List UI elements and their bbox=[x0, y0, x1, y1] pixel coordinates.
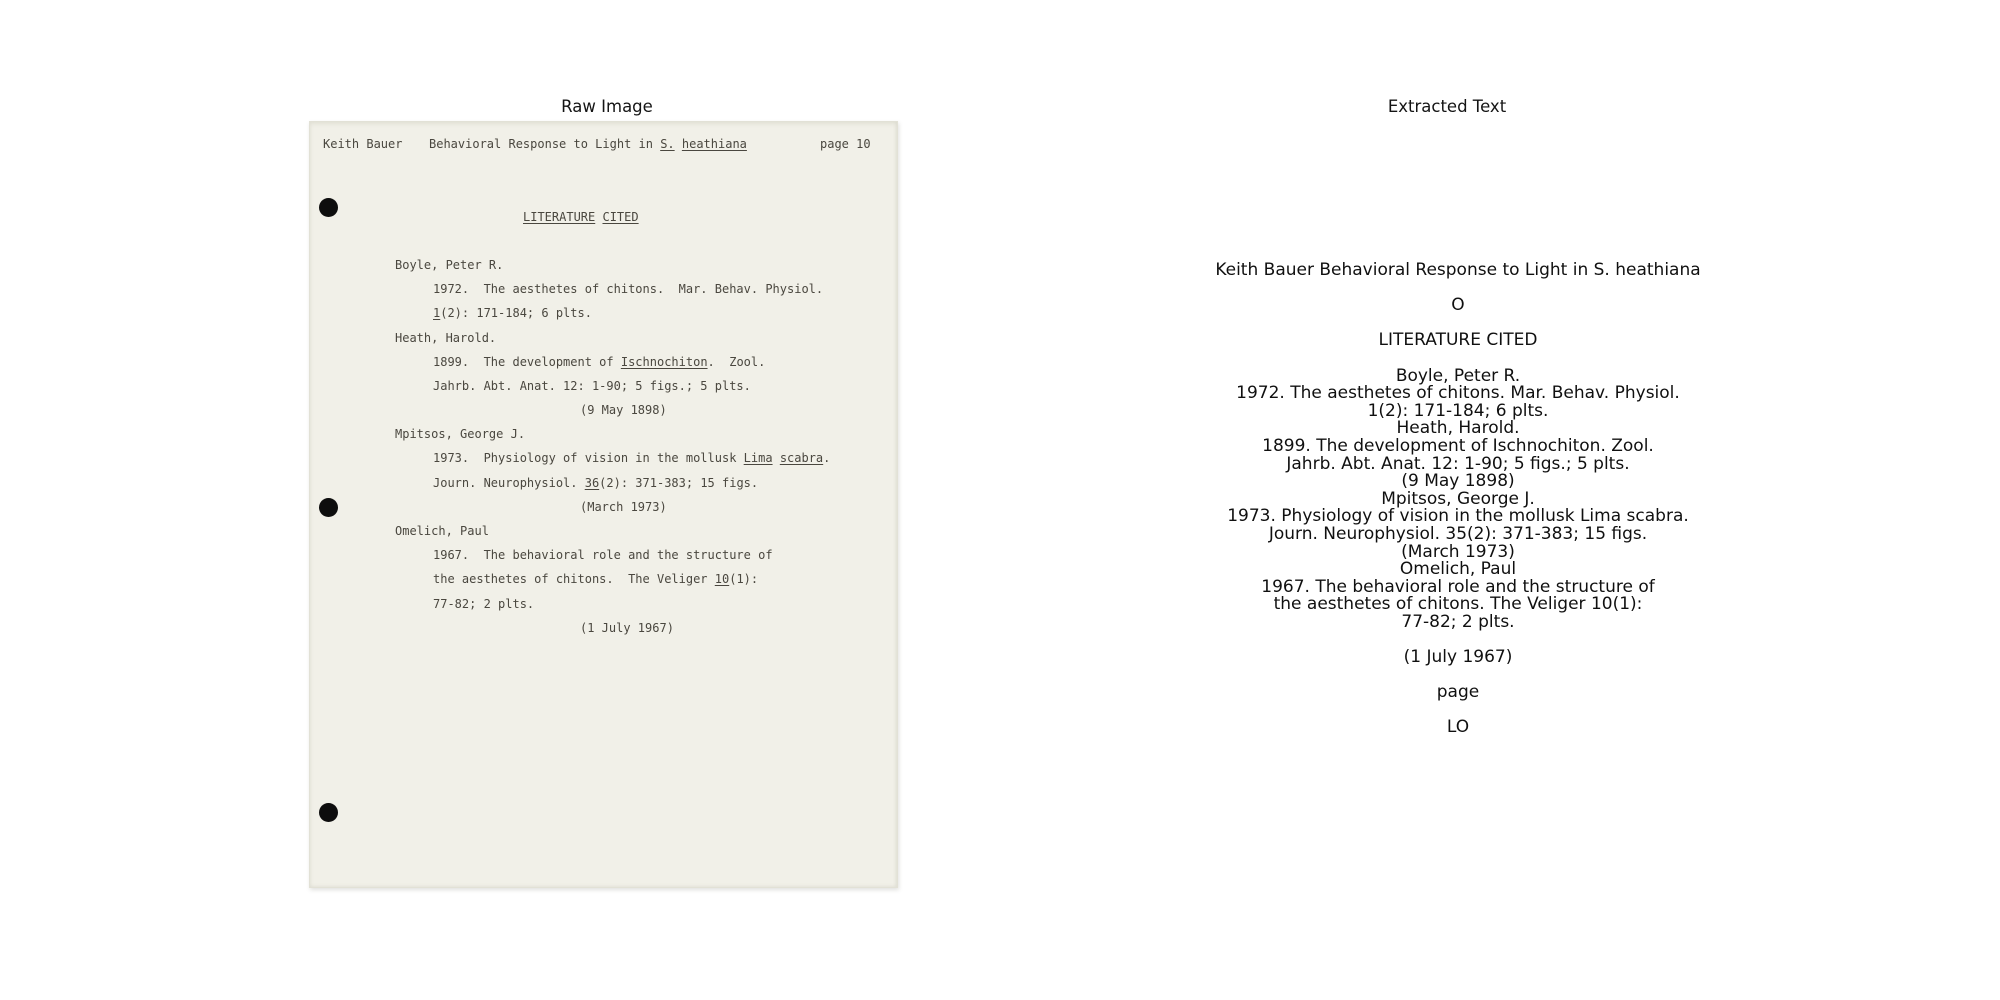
extracted-text-line: 77-82; 2 plts. bbox=[1215, 614, 1700, 632]
extracted-text-line: LITERATURE CITED bbox=[1215, 332, 1700, 350]
document-blank-line bbox=[310, 229, 897, 253]
text-segment: Omelich, Paul bbox=[395, 524, 489, 538]
extracted-blank-line bbox=[1215, 350, 1700, 368]
text-segment: . Zool. bbox=[708, 355, 766, 369]
text-segment: Jahrb. Abt. Anat. 12: 1-90; 5 figs.; 5 p… bbox=[433, 379, 751, 393]
extracted-text-line: LO bbox=[1215, 719, 1700, 737]
text-segment bbox=[675, 137, 682, 151]
scanned-document-page: Keith BauerBehavioral Response to Light … bbox=[309, 121, 898, 888]
text-segment: (1 July 1967) bbox=[580, 621, 674, 635]
text-segment: (March 1973) bbox=[580, 500, 667, 514]
underlined-text-segment: Lima bbox=[744, 451, 773, 465]
document-line-body: Jahrb. Abt. Anat. 12: 1-90; 5 figs.; 5 p… bbox=[310, 374, 897, 398]
text-segment: (9 May 1898) bbox=[580, 403, 667, 417]
text-segment: Heath, Harold. bbox=[395, 331, 496, 345]
text-segment: 1899. The development of bbox=[433, 355, 621, 369]
underlined-text-segment: heathiana bbox=[682, 137, 747, 151]
document-line-body: 1899. The development of Ischnochiton. Z… bbox=[310, 350, 897, 374]
extracted-text-line: page bbox=[1215, 684, 1700, 702]
document-line-name: Omelich, Paul bbox=[310, 519, 897, 543]
extracted-text-line: (1 July 1967) bbox=[1215, 649, 1700, 667]
underlined-text-segment: CITED bbox=[602, 210, 638, 224]
extracted-text-line: 1899. The development of Ischnochiton. Z… bbox=[1215, 438, 1700, 456]
text-segment: (2): 171-184; 6 plts. bbox=[440, 306, 592, 320]
text-segment: (1): bbox=[729, 572, 758, 586]
text-segment: . bbox=[823, 451, 830, 465]
document-line-date: (9 May 1898) bbox=[310, 398, 897, 422]
extracted-text-line: O bbox=[1215, 297, 1700, 315]
underlined-text-segment: scabra bbox=[780, 451, 823, 465]
document-header-line: Keith BauerBehavioral Response to Light … bbox=[310, 132, 897, 156]
extracted-text-line: Journ. Neurophysiol. 35(2): 371-383; 15 … bbox=[1215, 526, 1700, 544]
underlined-text-segment: LITERATURE bbox=[523, 210, 595, 224]
text-segment: Behavioral Response to Light in bbox=[429, 137, 660, 151]
document-text-layer: Keith BauerBehavioral Response to Light … bbox=[310, 132, 897, 640]
document-line-name: Boyle, Peter R. bbox=[310, 253, 897, 277]
extracted-text-block: Keith Bauer Behavioral Response to Light… bbox=[1215, 262, 1700, 737]
document-header-title: Behavioral Response to Light in S. heath… bbox=[429, 132, 747, 156]
document-header-page-number: page 10 bbox=[820, 132, 871, 156]
extracted-text-panel-title: Extracted Text bbox=[1388, 97, 1506, 117]
raw-image-panel-title: Raw Image bbox=[561, 97, 653, 117]
document-header-author: Keith Bauer bbox=[323, 132, 402, 156]
document-line-body: 1(2): 171-184; 6 plts. bbox=[310, 301, 897, 325]
underlined-text-segment: 10 bbox=[715, 572, 729, 586]
text-segment: the aesthetes of chitons. The Veliger bbox=[433, 572, 715, 586]
underlined-text-segment: 36 bbox=[585, 476, 599, 490]
extracted-text-line: Keith Bauer Behavioral Response to Light… bbox=[1215, 262, 1700, 280]
text-segment: Journ. Neurophysiol. bbox=[433, 476, 585, 490]
document-line-name: Heath, Harold. bbox=[310, 326, 897, 350]
document-line-body: 1973. Physiology of vision in the mollus… bbox=[310, 446, 897, 470]
document-line-body: 1972. The aesthetes of chitons. Mar. Beh… bbox=[310, 277, 897, 301]
text-segment: 77-82; 2 plts. bbox=[433, 597, 534, 611]
document-line-date: (1 July 1967) bbox=[310, 616, 897, 640]
text-segment bbox=[773, 451, 780, 465]
document-line-body: Journ. Neurophysiol. 36(2): 371-383; 15 … bbox=[310, 471, 897, 495]
document-blank-line bbox=[310, 180, 897, 204]
document-line-title: LITERATURE CITED bbox=[310, 205, 897, 229]
document-line-name: Mpitsos, George J. bbox=[310, 422, 897, 446]
underlined-text-segment: Ischnochiton bbox=[621, 355, 708, 369]
text-segment: (2): 371-383; 15 figs. bbox=[599, 476, 758, 490]
document-line-body: 77-82; 2 plts. bbox=[310, 592, 897, 616]
hole-punch-bottom bbox=[319, 803, 338, 822]
document-line-body: 1967. The behavioral role and the struct… bbox=[310, 543, 897, 567]
text-segment: 1972. The aesthetes of chitons. Mar. Beh… bbox=[433, 282, 823, 296]
text-segment: Boyle, Peter R. bbox=[395, 258, 503, 272]
document-line-body: the aesthetes of chitons. The Veliger 10… bbox=[310, 567, 897, 591]
document-line-date: (March 1973) bbox=[310, 495, 897, 519]
text-segment: 1973. Physiology of vision in the mollus… bbox=[433, 451, 744, 465]
document-blank-line bbox=[310, 156, 897, 180]
text-segment: Mpitsos, George J. bbox=[395, 427, 525, 441]
text-segment: 1967. The behavioral role and the struct… bbox=[433, 548, 773, 562]
underlined-text-segment: S. bbox=[660, 137, 674, 151]
